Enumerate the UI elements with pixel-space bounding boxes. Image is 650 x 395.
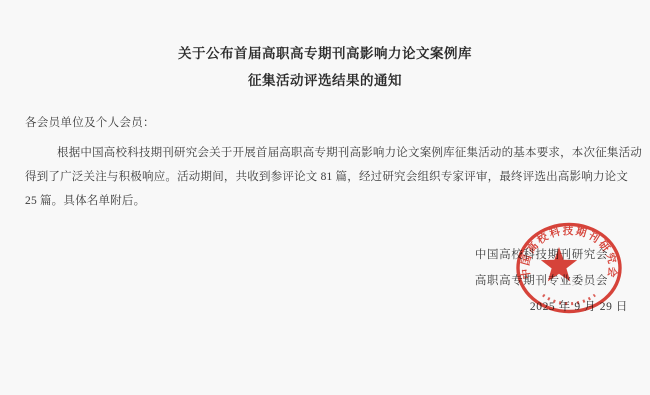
- notice-document: 关于公布首届高职高专期刊高影响力论文案例库 征集活动评选结果的通知 各会员单位及…: [0, 0, 650, 395]
- star-icon: [541, 247, 577, 281]
- paragraph-line-2: 得到了广泛关注与积极响应。活动期间，共收到参评论文 81 篇，经过研究会组织专家…: [25, 165, 637, 189]
- stamp-arc-text: 中国高校科技期刊研究会: [519, 224, 620, 280]
- official-seal-stamp: 中国高校科技期刊研究会: [514, 221, 624, 315]
- notice-title-line1: 关于公布首届高职高专期刊高影响力论文案例库: [0, 42, 650, 62]
- salutation: 各会员单位及个人会员：: [25, 114, 155, 130]
- svg-text:中国高校科技期刊研究会: 中国高校科技期刊研究会: [519, 224, 620, 280]
- paragraph-line-1: 根据中国高校科技期刊研究会关于开展首届高职高专期刊高影响力论文案例库征集活动的基…: [25, 141, 637, 165]
- notice-title-line2: 征集活动评选结果的通知: [0, 69, 650, 89]
- body-paragraph: 根据中国高校科技期刊研究会关于开展首届高职高专期刊高影响力论文案例库征集活动的基…: [25, 141, 637, 213]
- stamp-bottom-marks: [543, 295, 595, 304]
- paragraph-line-3: 25 篇。具体名单附后。: [25, 189, 637, 213]
- stamp-ring: [518, 225, 620, 312]
